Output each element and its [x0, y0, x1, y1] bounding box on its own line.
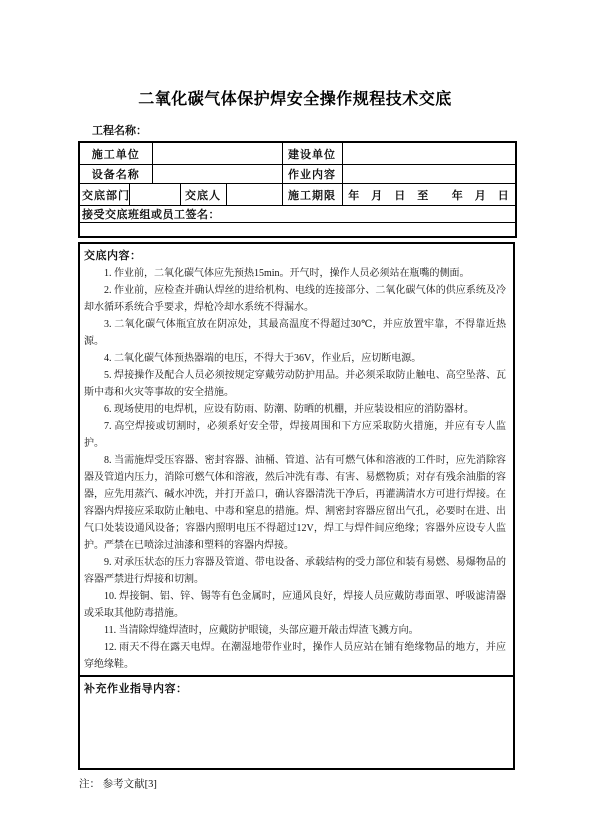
page-title: 二氧化碳气体保护焊安全操作规程技术交底: [0, 0, 590, 109]
table-row: 接受交底班组或员工签名：: [79, 206, 516, 223]
project-name-label: 工程名称：: [92, 122, 590, 138]
construction-period-value: 年 月 日 至 年 月 日: [342, 184, 516, 206]
construction-unit-label: 施工单位: [79, 142, 152, 165]
reference-note: 注： 参考文献[3]: [79, 776, 590, 791]
document-page: 二氧化碳气体保护焊安全操作规程技术交底 工程名称： 施工单位 建设单位 设备名称…: [0, 0, 590, 835]
disclosure-item: 12. 雨天不得在露天电焊。在潮湿地带作业时，操作人员应站在铺有绝缘物品的地方，…: [84, 639, 506, 673]
work-content-value: [342, 165, 516, 184]
table-row: [79, 223, 516, 238]
building-unit-value: [342, 142, 516, 165]
disclosure-item: 1. 作业前，二氧化碳气体应先预热15min。开气时，操作人员必须站在瓶嘴的侧面…: [84, 265, 506, 282]
supplementary-cell: 补充作业指导内容：: [79, 676, 514, 769]
disclosure-item: 8. 当需施焊受压容器、密封容器、油桶、管道、沾有可燃气体和溶液的工件时，应先消…: [84, 452, 506, 554]
disclosure-dept-value: [129, 184, 180, 206]
table-row: 设备名称 作业内容: [79, 165, 516, 184]
discloser-label: 交底人: [180, 184, 226, 206]
signature-label: 接受交底班组或员工签名：: [79, 206, 516, 223]
disclosure-item: 10. 焊接铜、铝、锌、锡等有色金属时，应通风良好，焊接人员应戴防毒面罩、呼吸滤…: [84, 588, 506, 622]
construction-unit-value: [152, 142, 282, 165]
work-content-label: 作业内容: [282, 165, 342, 184]
disclosure-content-label: 交底内容：: [84, 247, 506, 263]
disclosure-dept-label: 交底部门: [79, 184, 129, 206]
construction-period-label: 施工期限: [282, 184, 342, 206]
disclosure-item: 7. 高空焊接或切割时，必须系好安全带，焊接周围和下方应采取防火措施，并应有专人…: [84, 418, 506, 452]
disclosure-item: 11. 当清除焊缝焊渣时，应戴防护眼镜，头部应避开敲击焊渣飞溅方向。: [84, 622, 506, 639]
disclosure-item: 5. 焊接操作及配合人员必须按规定穿戴劳动防护用品。并必须采取防止触电、高空坠落…: [84, 367, 506, 401]
building-unit-label: 建设单位: [282, 142, 342, 165]
table-row: 补充作业指导内容：: [79, 676, 514, 769]
disclosure-content-table: 交底内容： 1. 作业前，二氧化碳气体应先预热15min。开气时，操作人员必须站…: [78, 242, 515, 770]
disclosure-content-cell: 交底内容： 1. 作业前，二氧化碳气体应先预热15min。开气时，操作人员必须站…: [79, 243, 514, 676]
disclosure-item: 4. 二氧化碳气体预热器端的电压，不得大于36V，作业后，应切断电源。: [84, 350, 506, 367]
equipment-name-label: 设备名称: [79, 165, 152, 184]
discloser-value: [226, 184, 282, 206]
disclosure-item: 9. 对承压状态的压力容器及管道、带电设备、承载结构的受力部位和装有易燃、易爆物…: [84, 554, 506, 588]
signature-space: [79, 223, 516, 238]
disclosure-item: 6. 现场使用的电焊机，应设有防雨、防潮、防晒的机棚，并应装设相应的消防器材。: [84, 401, 506, 418]
table-row: 交底部门 交底人 施工期限 年 月 日 至 年 月 日: [79, 184, 516, 206]
supplementary-label: 补充作业指导内容：: [84, 680, 506, 696]
equipment-name-value: [152, 165, 282, 184]
disclosure-item: 3. 二氧化碳气体瓶宜放在阴凉处，其最高温度不得超过30℃，并应放置牢靠，不得靠…: [84, 316, 506, 350]
table-row: 施工单位 建设单位: [79, 142, 516, 165]
info-table: 施工单位 建设单位 设备名称 作业内容 交底部门 交底人 施工期限 年 月 日 …: [78, 141, 517, 238]
table-row: 交底内容： 1. 作业前，二氧化碳气体应先预热15min。开气时，操作人员必须站…: [79, 243, 514, 676]
disclosure-item: 2. 作业前，应检查并确认焊丝的进给机构、电线的连接部分、二氧化碳气体的供应系统…: [84, 282, 506, 316]
